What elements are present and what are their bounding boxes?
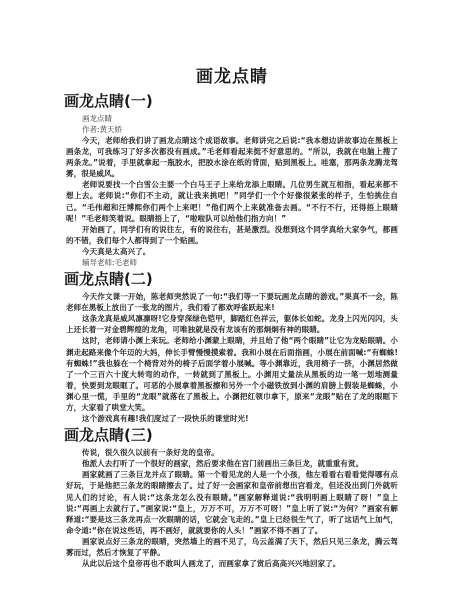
paragraph: 这条龙真是威风凛凛呀!它身穿深绿色铠甲，脚踏红色祥云，躯体长如蛇。龙身上闪光闪闪… — [66, 313, 398, 335]
paragraph: 开始画了，同学们有的说往左，有的说往右，甚是激烈。没想到这个同学真给大家争气，都… — [66, 224, 398, 246]
paragraph: 这时，老师请小渊上来玩。老师给小渊蒙上眼睛，并且给了他“两个眼睛”让它为龙贴眼睛… — [66, 335, 398, 413]
document-page: 画龙点睛 画龙点睛(一) 画龙点睛 作者:黄天娇 今天，老师给我们讲了画龙点睛这… — [66, 66, 398, 569]
document-title: 画龙点睛 — [66, 66, 398, 88]
section-heading: 画龙点睛(二) — [64, 270, 398, 289]
article-teacher: 辅导老师:毛老师 — [66, 257, 398, 268]
paragraph: 今天，老师给我们讲了画龙点睛这个成语故事。老师讲完之后说:“我本想边讲故事边在黑… — [66, 135, 398, 179]
paragraph: 今天真是太高兴了。 — [66, 246, 398, 257]
paragraph: 传说，很久很久以前有一条好龙的皇帝。 — [66, 447, 398, 458]
article-title: 画龙点睛 — [66, 113, 398, 124]
section-2: 画龙点睛(二) 今天作文课一开始，陈老师突然说了一句:“我们等一下要玩画龙点睛的… — [66, 270, 398, 424]
paragraph: 画家说点好三条龙的眼睛，突然墙上的画不见了，乌云盖满了天下，然后只见三条龙，腾云… — [66, 536, 398, 558]
section-3: 画龙点睛(三) 传说，很久很久以前有一条好龙的皇帝。 他派人去打听了一个很好的画… — [66, 426, 398, 569]
section-heading: 画龙点睛(三) — [64, 426, 398, 445]
section-1: 画龙点睛(一) 画龙点睛 作者:黄天娇 今天，老师给我们讲了画龙点睛这个成语故事… — [66, 92, 398, 268]
paragraph: 今天作文课一开始，陈老师突然说了一句:“我们等一下要玩画龙点睛的游戏。”果真不一… — [66, 291, 398, 313]
paragraph: 他派人去打听了一个很好的画家，然后要求他在宫门前画出三条巨龙，就重重有赏。 — [66, 458, 398, 469]
article-author: 作者:黄天娇 — [66, 124, 398, 135]
section-heading: 画龙点睛(一) — [64, 92, 398, 111]
paragraph: 老师说要找一个白雪公主要一个白马王子上来给龙添上眼睛。几位男生就互相指，看起来都… — [66, 179, 398, 223]
paragraph: 这个游戏真有趣!我们度过了一段快乐的课堂时光! — [66, 413, 398, 424]
paragraph: 从此以后这个皇帝再也不敢叫人画龙了，而画家拿了赏后高高兴兴地回家了。 — [66, 558, 398, 569]
paragraph: 画家就画了三条巨龙并点了眼睛。第一个看见龙的人是一个小孩，他左看看右看看觉得哪有… — [66, 469, 398, 536]
